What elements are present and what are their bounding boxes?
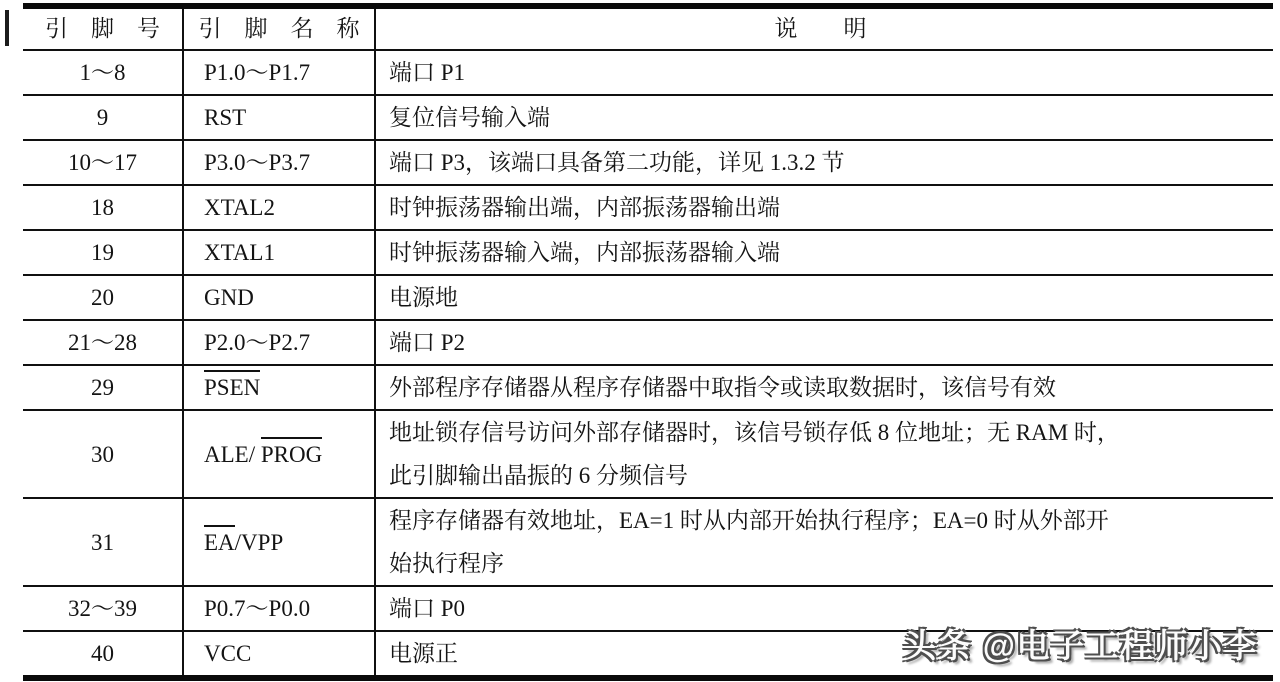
pin-number-cell: 29 [23, 365, 183, 410]
pin-name-cell: PSEN [183, 365, 375, 410]
pin-name-text: GND [204, 285, 254, 310]
pin-name-text: RST [204, 105, 246, 130]
pin-description-cell: 地址锁存信号访问外部存储器时，该信号锁存低 8 位地址；无 RAM 时， 此引脚… [375, 410, 1273, 498]
header-row: 引 脚 号 引 脚 名 称 说 明 [23, 6, 1273, 50]
table-row: 31 EA/VPP 程序存储器有效地址，EA=1 时从内部开始执行程序；EA=0… [23, 498, 1273, 586]
pin-name-cell: XTAL1 [183, 230, 375, 275]
pin-description-cell: 程序存储器有效地址，EA=1 时从内部开始执行程序；EA=0 时从外部开 始执行… [375, 498, 1273, 586]
pin-number-cell: 19 [23, 230, 183, 275]
pin-name-text: P0.7～P0.0 [204, 596, 310, 621]
pin-number-cell: 20 [23, 275, 183, 320]
pin-name-text: P3.0～P3.7 [204, 150, 310, 175]
pin-name-text: VCC [204, 641, 251, 666]
pin-name-text: XTAL2 [204, 195, 275, 220]
col-header-description: 说 明 [375, 6, 1273, 50]
pin-description-table: 引 脚 号 引 脚 名 称 说 明 1～8 P1.0～P1.7 端口 P1 9 … [23, 3, 1273, 681]
table-row: 1～8 P1.0～P1.7 端口 P1 [23, 50, 1273, 95]
pin-name-text: P1.0～P1.7 [204, 60, 310, 85]
table-row: 19 XTAL1 时钟振荡器输入端，内部振荡器输入端 [23, 230, 1273, 275]
pin-number-cell: 1～8 [23, 50, 183, 95]
pin-number-cell: 18 [23, 185, 183, 230]
pin-name-cell: XTAL2 [183, 185, 375, 230]
pin-name-cell: GND [183, 275, 375, 320]
pin-table-body: 1～8 P1.0～P1.7 端口 P1 9 RST 复位信号输入端 10～17 … [23, 50, 1273, 678]
pin-table-head: 引 脚 号 引 脚 名 称 说 明 [23, 6, 1273, 50]
pin-number-cell: 21～28 [23, 320, 183, 365]
table-row: 29 PSEN 外部程序存储器从程序存储器中取指令或读取数据时，该信号有效 [23, 365, 1273, 410]
table-row: 18 XTAL2 时钟振荡器输出端，内部振荡器输出端 [23, 185, 1273, 230]
pin-name-overlined-text: EA [204, 525, 235, 557]
pin-name-text: P2.0～P2.7 [204, 330, 310, 355]
pin-number-cell: 10～17 [23, 140, 183, 185]
pin-number-cell: 32～39 [23, 586, 183, 631]
pin-description-cell: 时钟振荡器输出端，内部振荡器输出端 [375, 185, 1273, 230]
pin-name-overlined-text: PSEN [204, 370, 260, 402]
page-edge-scan-mark [5, 10, 9, 46]
pin-name-cell: P2.0～P2.7 [183, 320, 375, 365]
pin-description-cell: 复位信号输入端 [375, 95, 1273, 140]
pin-description-cell: 端口 P1 [375, 50, 1273, 95]
pin-number-cell: 40 [23, 631, 183, 678]
pin-description-cell: 端口 P3，该端口具备第二功能，详见 1.3.2 节 [375, 140, 1273, 185]
pin-name-cell: P1.0～P1.7 [183, 50, 375, 95]
pin-number-cell: 9 [23, 95, 183, 140]
pin-name-cell: P0.7～P0.0 [183, 586, 375, 631]
pin-name-cell: EA/VPP [183, 498, 375, 586]
pin-name-text: XTAL1 [204, 240, 275, 265]
table-row: 10～17 P3.0～P3.7 端口 P3，该端口具备第二功能，详见 1.3.2… [23, 140, 1273, 185]
pin-name-overlined-text: PROG [261, 437, 322, 469]
table-row: 20 GND 电源地 [23, 275, 1273, 320]
col-header-pin-name: 引 脚 名 称 [183, 6, 375, 50]
watermark-text: 头条 @电子工程师小李 [903, 620, 1258, 667]
pin-number-cell: 30 [23, 410, 183, 498]
pin-name-cell: VCC [183, 631, 375, 678]
pin-name-cell: ALE/ PROG [183, 410, 375, 498]
pin-name-suffix-text: /VPP [235, 530, 284, 555]
pin-description-cell: 端口 P2 [375, 320, 1273, 365]
table-row: 21～28 P2.0～P2.7 端口 P2 [23, 320, 1273, 365]
pin-name-text: ALE/ [204, 442, 261, 467]
table-row: 30 ALE/ PROG 地址锁存信号访问外部存储器时，该信号锁存低 8 位地址… [23, 410, 1273, 498]
pin-description-table-wrap: 引 脚 号 引 脚 名 称 说 明 1～8 P1.0～P1.7 端口 P1 9 … [23, 3, 1273, 681]
pin-description-cell: 电源地 [375, 275, 1273, 320]
pin-name-cell: RST [183, 95, 375, 140]
pin-description-cell: 时钟振荡器输入端，内部振荡器输入端 [375, 230, 1273, 275]
pin-number-cell: 31 [23, 498, 183, 586]
table-row: 9 RST 复位信号输入端 [23, 95, 1273, 140]
pin-name-cell: P3.0～P3.7 [183, 140, 375, 185]
col-header-pin-number: 引 脚 号 [23, 6, 183, 50]
pin-description-cell: 外部程序存储器从程序存储器中取指令或读取数据时，该信号有效 [375, 365, 1273, 410]
